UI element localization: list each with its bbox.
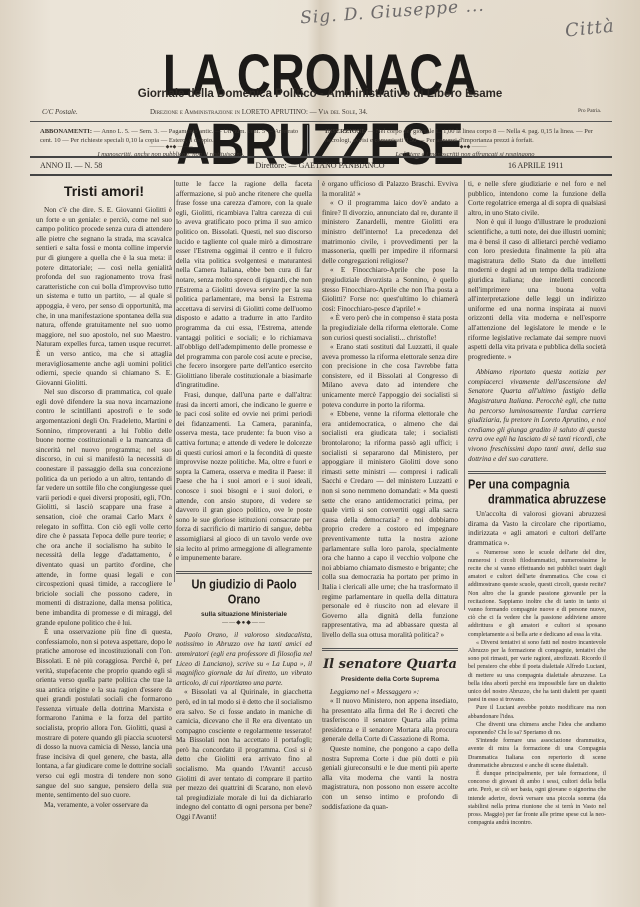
paragraph: Che diventi una chimera anche l'idea che… <box>468 721 606 737</box>
column-divider <box>174 180 175 582</box>
title-line-1: Per una compagnia <box>468 478 569 492</box>
paragraph: Pure il Luciani avrebbe potuto modificar… <box>468 704 606 720</box>
paragraph: « Ebbene, venne la riforma elettorale ch… <box>322 410 458 640</box>
editorial-comment: Abbiamo riportato questa notizia per com… <box>468 368 606 464</box>
paragraph: « Erano stati sostituti dal Luzzatti, il… <box>322 343 458 410</box>
paragraph: « È vero però che in compenso è stata po… <box>322 314 458 343</box>
address-line: Direzione e Amministrazione in LORETO AP… <box>150 108 368 116</box>
paragraph: Un'accolta di valorosi giovani abruzzesi… <box>468 510 606 548</box>
section-divider <box>322 648 458 651</box>
column-divider <box>464 180 465 610</box>
title-line-2: drammatica abruzzese <box>468 493 606 508</box>
paragraph: Nel suo discorso di prammatica, col qual… <box>36 388 172 628</box>
paragraph: « E Finocchiaro-Aprile che pose la pregi… <box>322 266 458 314</box>
paragraph: Non c'è che dire. S. E. Giovanni Giolitt… <box>36 206 172 388</box>
issue-number: ANNO II. — N. 58 <box>40 161 102 170</box>
paragraph: Leggiamo nel « Messaggero »: <box>322 688 458 698</box>
article-title-tristi-amori: Tristi amori! <box>36 182 172 200</box>
insertions-label: INSERZIONI: <box>325 128 366 135</box>
article-title-orano: Un giudizio di Paolo Orano <box>176 578 312 608</box>
masthead-subtitle: Giornale della Domenica Politico - Ammin… <box>0 88 640 100</box>
paragraph: « Il nuovo Ministero, non appena insedia… <box>322 697 458 745</box>
subscriptions-label: ABBONAMENTI: <box>40 128 92 135</box>
column-3: è organo ufficioso di Palazzo Braschi. E… <box>322 180 458 812</box>
column-4: ti, e nelle sfere giudiziarie e nel foro… <box>468 180 606 828</box>
paragraph: S'intende formare una associazione dramm… <box>468 737 606 770</box>
insertions-text: — Nel corpo del giornale L. 1,00 la line… <box>325 128 593 144</box>
paragraph: « Diversi tentativi si sono fatti nel no… <box>468 639 606 705</box>
ornament: ——◆●◆—— <box>176 620 312 626</box>
paragraph: Frasi, dunque, dall'una parte e dall'alt… <box>176 391 312 564</box>
postal-note: C/C Postale. <box>42 108 78 116</box>
section-divider <box>468 471 606 474</box>
paragraph: È una osservazione più fine di questa, c… <box>36 628 172 801</box>
column-1: Tristi amori! Non c'è che dire. S. E. Gi… <box>36 180 172 810</box>
paragraph: Ma, veramente, a voler osservare da <box>36 801 172 811</box>
paragraph: « Bissolati va al Quirinale, in giacchet… <box>176 688 312 822</box>
subscriptions-box: ABBONAMENTI: — Anno L. 5. — Sem. 3. — Pa… <box>40 127 302 159</box>
paragraph: ti, e nelle sfere giudiziarie e nel foro… <box>468 180 606 218</box>
insertions-box: INSERZIONI: — Nel corpo del giornale L. … <box>325 127 605 159</box>
paragraph: tutte le facce la ragione della faceta a… <box>176 180 312 391</box>
section-divider <box>176 571 312 574</box>
paragraph: « O il programma laico dov'è andato a fi… <box>322 199 458 266</box>
motto: Pro Patria. <box>578 108 601 114</box>
divider <box>30 174 612 176</box>
article-subtitle-orano: sulla situazione Ministeriale <box>176 610 312 619</box>
divider <box>30 156 612 158</box>
column-2: tutte le facce la ragione della faceta a… <box>176 180 312 823</box>
article-title-compagnia: Per una compagnia drammatica abruzzese <box>468 478 606 508</box>
paragraph: Paolo Orano, il valoroso sindacalista, n… <box>176 631 312 689</box>
paragraph: Non è qui il luogo d'illustrare le produ… <box>468 218 606 362</box>
column-divider <box>318 180 319 590</box>
column-divider <box>307 125 310 157</box>
paragraph: è organo ufficioso di Palazzo Braschi. E… <box>322 180 458 199</box>
director-line: Direttore: — GAETANO PANBIANCO <box>200 161 440 170</box>
paragraph: È dunque principalmente, per tale formaz… <box>468 770 606 827</box>
divider <box>30 121 612 122</box>
issue-date: 16 APRILE 1911 <box>508 161 563 170</box>
paragraph: « Numerose sono le scuole dell'arte del … <box>468 549 606 639</box>
paragraph: Queste nomine, che pongono a capo della … <box>322 745 458 812</box>
article-subtitle-quarta: Presidente della Corte Suprema <box>322 675 458 684</box>
article-title-quarta: Il senatore Quarta <box>322 657 458 673</box>
